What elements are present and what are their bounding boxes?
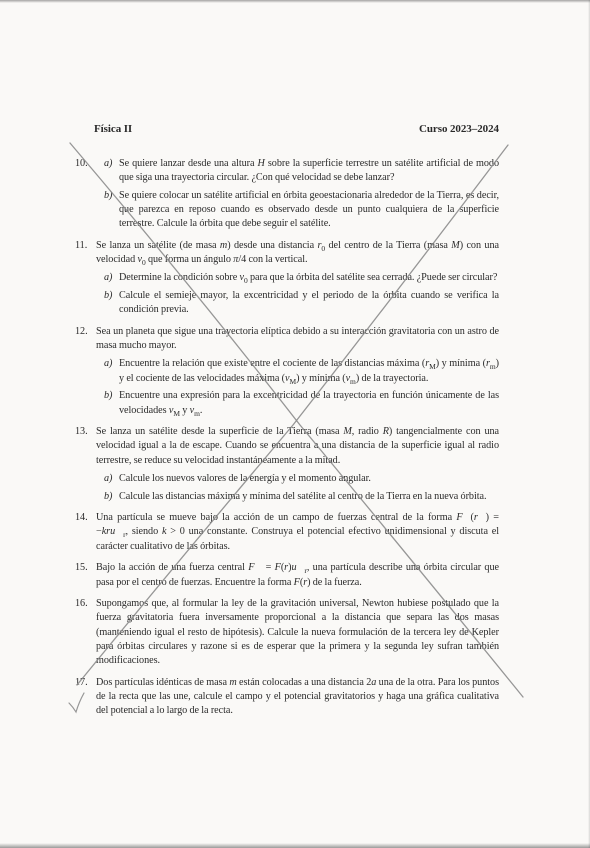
problem-item-b: b) Calcule el semieje mayor, la excentri… bbox=[104, 289, 499, 317]
problem-number: 14. bbox=[75, 511, 96, 554]
problem-17: 17. Dos partículas idénticas de masa m e… bbox=[75, 676, 499, 719]
item-text: Encuentre la relación que existe entre e… bbox=[119, 357, 499, 385]
item-text: Encuentre una expresión para la excentri… bbox=[119, 389, 499, 417]
problem-number: 16. bbox=[75, 597, 96, 668]
problem-number: 10. bbox=[75, 157, 96, 232]
item-label: a) bbox=[104, 157, 119, 185]
item-text: Determine la condición sobre v0 para que… bbox=[119, 271, 499, 285]
item-label: b) bbox=[104, 289, 119, 317]
item-label: b) bbox=[104, 490, 119, 504]
problem-text: Supongamos que, al formular la ley de la… bbox=[96, 597, 499, 668]
document-page: Física II Curso 2023–2024 10. a) Se quie… bbox=[0, 0, 590, 848]
problem-item-a: a) Se quiere lanzar desde una altura H s… bbox=[104, 157, 499, 185]
problem-intro: Se lanza un satélite desde la superficie… bbox=[96, 425, 499, 468]
item-label: b) bbox=[104, 189, 119, 232]
problem-text: Bajo la acción de una fuerza central F⃗ … bbox=[96, 561, 499, 589]
problem-text: Una partícula se mueve bajo la acción de… bbox=[96, 511, 499, 554]
problem-item-b: b) Calcule las distancias máxima y mínim… bbox=[104, 490, 499, 504]
problem-10: 10. a) Se quiere lanzar desde una altura… bbox=[75, 157, 499, 232]
problem-13: 13. Se lanza un satélite desde la superf… bbox=[75, 425, 499, 504]
problem-14: 14. Una partícula se mueve bajo la acció… bbox=[75, 511, 499, 554]
problem-16: 16. Supongamos que, al formular la ley d… bbox=[75, 597, 499, 668]
item-text: Se quiere colocar un satélite artificial… bbox=[119, 189, 499, 232]
item-label: a) bbox=[104, 271, 119, 285]
problem-12: 12. Sea un planeta que sigue una trayect… bbox=[75, 325, 499, 418]
page-content: Física II Curso 2023–2024 10. a) Se quie… bbox=[75, 122, 499, 718]
problem-intro: Sea un planeta que sigue una trayectoria… bbox=[96, 325, 499, 353]
item-label: a) bbox=[104, 472, 119, 486]
course-year: Curso 2023–2024 bbox=[419, 122, 499, 136]
item-text: Calcule las distancias máxima y mínima d… bbox=[119, 490, 499, 504]
problem-number: 15. bbox=[75, 561, 96, 589]
problem-15: 15. Bajo la acción de una fuerza central… bbox=[75, 561, 499, 589]
page-header: Física II Curso 2023–2024 bbox=[94, 122, 499, 136]
problem-item-a: a) Encuentre la relación que existe entr… bbox=[104, 357, 499, 385]
problem-number: 13. bbox=[75, 425, 96, 504]
problem-number: 12. bbox=[75, 325, 96, 418]
scan-edge-bottom bbox=[0, 843, 590, 848]
item-label: a) bbox=[104, 357, 119, 385]
item-text: Calcule el semieje mayor, la excentricid… bbox=[119, 289, 499, 317]
problem-item-b: b) Encuentre una expresión para la excen… bbox=[104, 389, 499, 417]
problem-item-a: a) Determine la condición sobre v0 para … bbox=[104, 271, 499, 285]
problem-number: 17. bbox=[75, 676, 96, 719]
problem-list: 10. a) Se quiere lanzar desde una altura… bbox=[75, 157, 499, 718]
course-title: Física II bbox=[94, 122, 132, 136]
scan-edge-top bbox=[0, 0, 590, 3]
problem-item-b: b) Se quiere colocar un satélite artific… bbox=[104, 189, 499, 232]
problem-intro: Se lanza un satélite (de masa m) desde u… bbox=[96, 239, 499, 267]
item-label: b) bbox=[104, 389, 119, 417]
problem-number: 11. bbox=[75, 239, 96, 318]
problem-item-a: a) Calcule los nuevos valores de la ener… bbox=[104, 472, 499, 486]
item-text: Calcule los nuevos valores de la energía… bbox=[119, 472, 499, 486]
problem-text: Dos partículas idénticas de masa m están… bbox=[96, 676, 499, 719]
problem-11: 11. Se lanza un satélite (de masa m) des… bbox=[75, 239, 499, 318]
item-text: Se quiere lanzar desde una altura H sobr… bbox=[119, 157, 499, 185]
